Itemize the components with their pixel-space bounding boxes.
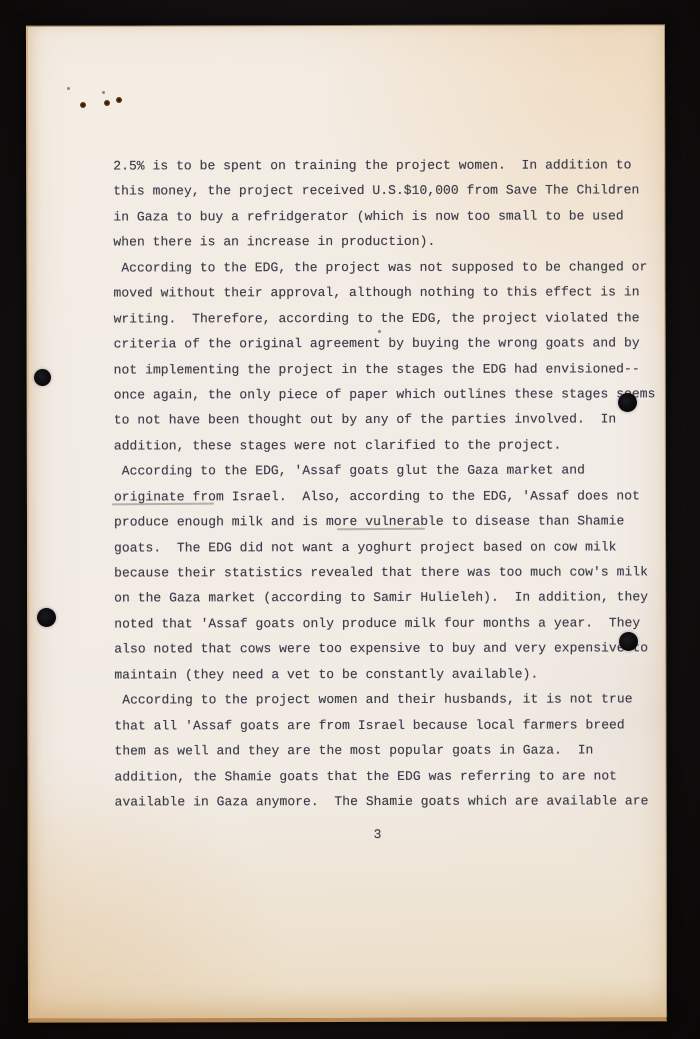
hole-punch bbox=[619, 632, 638, 651]
text-line: writing. Therefore, according to the EDG… bbox=[114, 305, 674, 332]
text-line: According to the EDG, the project was no… bbox=[113, 254, 673, 281]
ink-speck bbox=[67, 87, 70, 90]
hole-punch bbox=[618, 393, 637, 412]
text-line: originate from Israel. Also, according t… bbox=[114, 483, 674, 510]
text-line: them as well and they are the most popul… bbox=[114, 737, 674, 764]
text-line: noted that 'Assaf goats only produce mil… bbox=[114, 610, 674, 637]
text-line: addition, these stages were not clarifie… bbox=[114, 432, 674, 459]
text-line: when there is an increase in production)… bbox=[113, 229, 673, 256]
scan-background: 2.5% is to be spent on training the proj… bbox=[0, 0, 700, 1039]
text-line: addition, the Shamie goats that the EDG … bbox=[115, 763, 675, 790]
text-line: available in Gaza anymore. The Shamie go… bbox=[115, 788, 675, 815]
hole-punch bbox=[37, 608, 56, 627]
text-line: According to the project women and their… bbox=[114, 687, 674, 714]
document-page: 2.5% is to be spent on training the proj… bbox=[26, 24, 667, 1022]
text-line: produce enough milk and is more vulnerab… bbox=[114, 508, 674, 535]
rust-speck bbox=[116, 97, 122, 103]
text-line: on the Gaza market (according to Samir H… bbox=[114, 585, 674, 612]
text-line: to not have been thought out by any of t… bbox=[114, 407, 674, 434]
text-line: because their statistics revealed that t… bbox=[114, 559, 674, 586]
rust-speck bbox=[80, 102, 86, 108]
text-line: According to the EDG, 'Assaf goats glut … bbox=[114, 458, 674, 485]
text-line: goats. The EDG did not want a yoghurt pr… bbox=[114, 534, 674, 561]
ink-speck bbox=[102, 91, 105, 94]
rust-speck bbox=[104, 100, 110, 106]
text-line: also noted that cows were too expensive … bbox=[114, 636, 674, 663]
text-line: this money, the project received U.S.$10… bbox=[113, 178, 673, 205]
page-number: 3 bbox=[374, 827, 382, 842]
hole-punch bbox=[34, 369, 51, 386]
text-line: moved without their approval, although n… bbox=[113, 280, 673, 307]
text-line: maintain (they need a vet to be constant… bbox=[114, 661, 674, 688]
text-line: not implementing the project in the stag… bbox=[114, 356, 674, 383]
text-line: that all 'Assaf goats are from Israel be… bbox=[114, 712, 674, 739]
text-line: criteria of the original agreement by bu… bbox=[114, 330, 674, 357]
text-line: 2.5% is to be spent on training the proj… bbox=[113, 152, 673, 179]
document-text: 2.5% is to be spent on training the proj… bbox=[113, 152, 674, 815]
text-line: once again, the only piece of paper whic… bbox=[114, 381, 674, 408]
ink-speck bbox=[378, 330, 381, 333]
text-line: in Gaza to buy a refridgerator (which is… bbox=[113, 203, 673, 230]
